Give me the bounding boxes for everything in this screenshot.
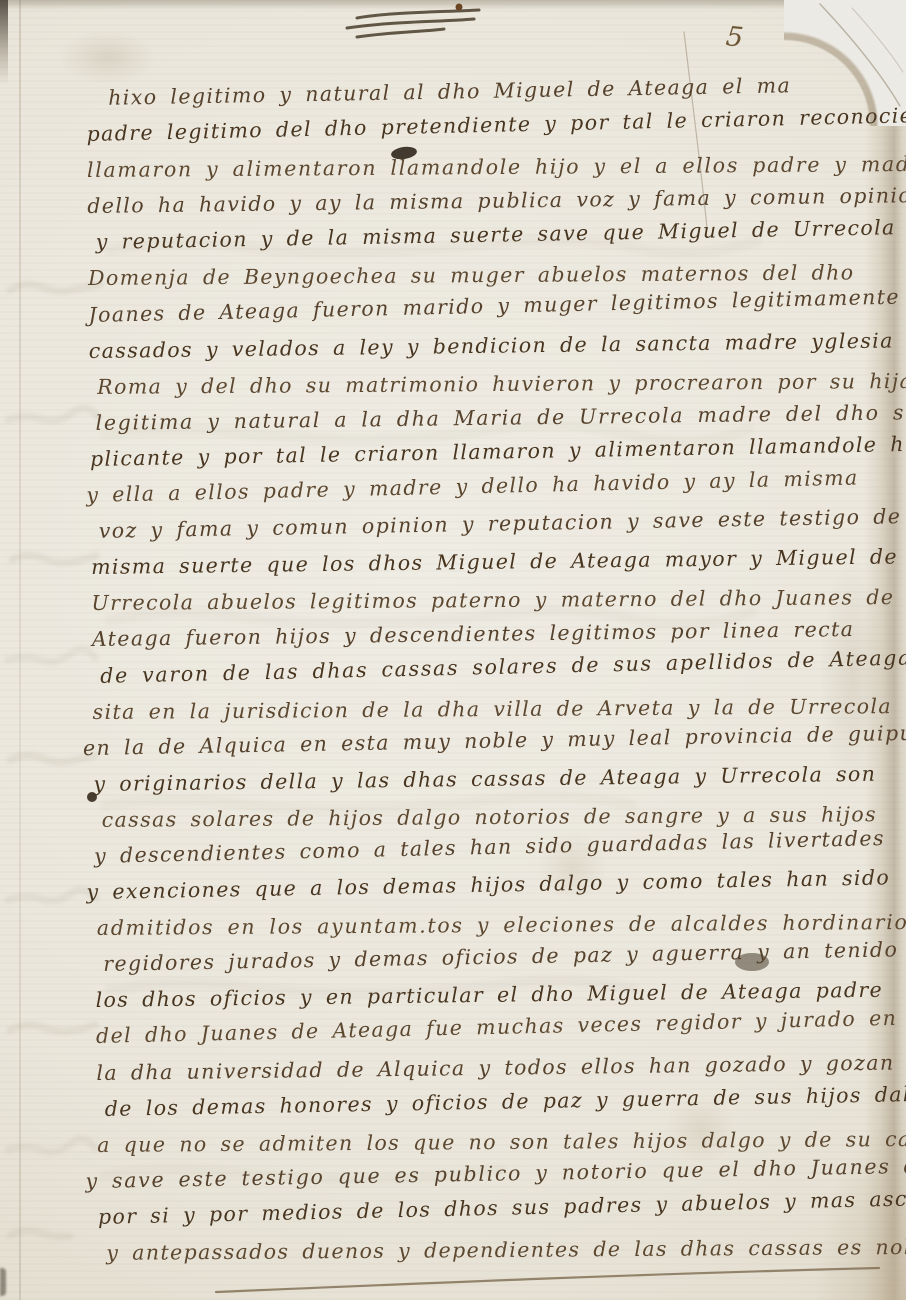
bottom-rule-line: [216, 1268, 879, 1292]
ink-speck: [456, 4, 463, 11]
folio-number: 5: [724, 21, 744, 54]
manuscript-line: y antepassados duenos y dependientes de …: [106, 1229, 898, 1271]
manuscript-text-block: hixo legitimo y natural al dho Miguel de…: [86, 72, 898, 1271]
manuscript-scan-page: 5 hixo legitimo y natural al dho Miguel …: [0, 0, 906, 1300]
triple-stroke-flourish: [347, 10, 479, 37]
